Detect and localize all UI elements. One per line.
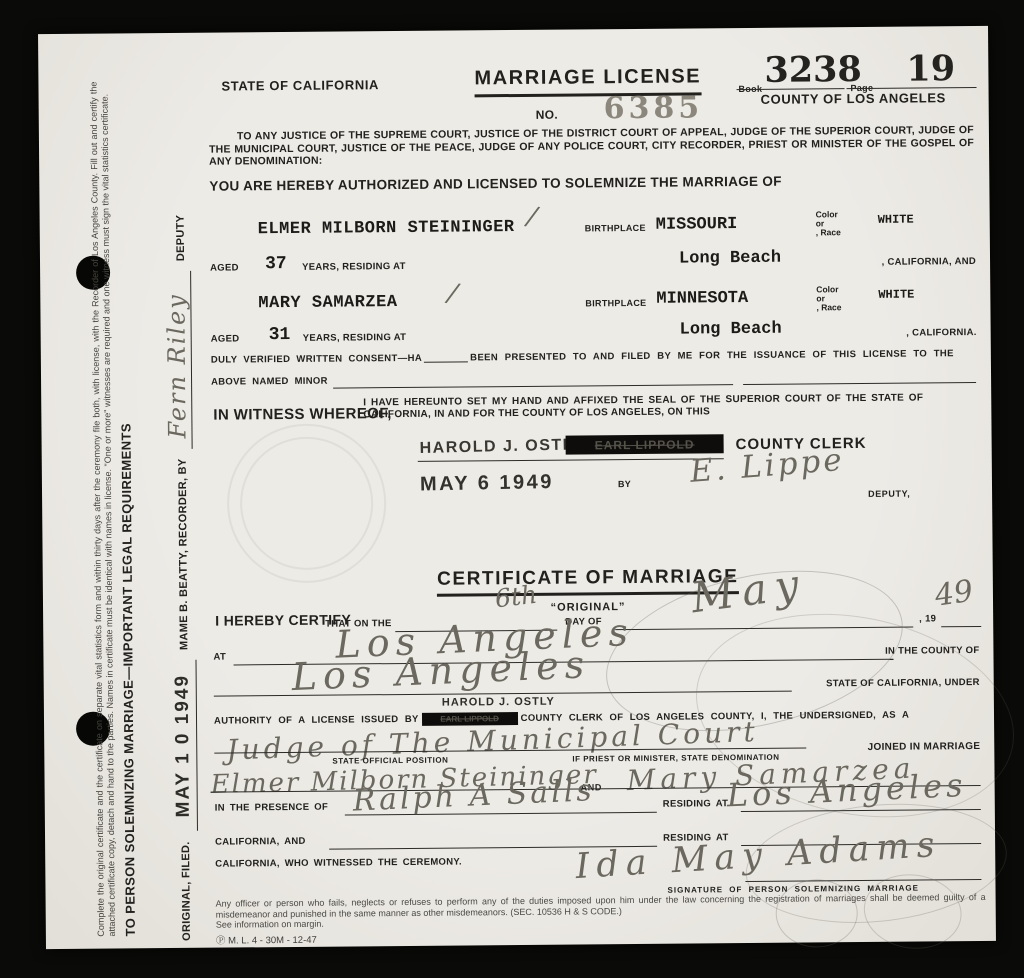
bride-birthplace: MINNESOTA bbox=[656, 289, 748, 309]
minor-blank-1 bbox=[333, 383, 733, 388]
consent-post: BEEN PRESENTED TO AND FILED BY ME FOR TH… bbox=[470, 348, 954, 363]
day-handwritten: 6th bbox=[493, 580, 538, 614]
state-title: STATE OF CALIFORNIA bbox=[221, 77, 379, 93]
groom-aged-label: AGED bbox=[210, 262, 239, 273]
original-filed-label: ORIGINAL, FILED. bbox=[180, 841, 193, 941]
witnessed-ceremony-label: CALIFORNIA, WHO WITNESSED THE CEREMONY. bbox=[215, 856, 462, 869]
groom-name: ELMER MILBORN STEININGER bbox=[258, 218, 515, 239]
by-label: BY bbox=[618, 479, 631, 489]
groom-color-race-label: Color or , Race bbox=[816, 210, 841, 237]
addressees-paragraph: TO ANY JUSTICE OF THE SUPREME COURT, JUS… bbox=[209, 124, 974, 168]
groom-age: 37 bbox=[265, 254, 287, 274]
bride-residence: Long Beach bbox=[680, 320, 782, 340]
year-handwritten: 49 bbox=[933, 574, 976, 614]
page-number: 19 bbox=[906, 48, 955, 89]
left-margin-recorder-block: ORIGINAL, FILED. MAY 1 0 1949 MAME B. BE… bbox=[160, 73, 214, 941]
bride-residing-label: YEARS, RESIDING AT bbox=[303, 332, 407, 344]
bride-name: MARY SAMARZEA bbox=[258, 293, 397, 313]
consent-blank bbox=[424, 360, 468, 362]
year-prefix-label: , 19 bbox=[919, 613, 936, 624]
bride-age: 31 bbox=[269, 325, 291, 345]
at-label: AT bbox=[213, 652, 226, 663]
groom-birthplace-label: BIRTHPLACE bbox=[585, 223, 646, 234]
recorder-deputy-signature: Fern Riley bbox=[162, 293, 191, 439]
clerk-name-underline bbox=[418, 457, 724, 462]
groom-color: WHITE bbox=[878, 213, 914, 227]
consent-line: DULY VERIFIED WRITTEN CONSENT—HA BEEN PR… bbox=[211, 348, 976, 366]
bride-aged-label: AGED bbox=[211, 333, 240, 344]
groom-state-suffix: , CALIFORNIA, AND bbox=[882, 256, 977, 268]
bride-state-suffix: , CALIFORNIA. bbox=[906, 327, 976, 339]
pencil-flourish-footer-1 bbox=[775, 879, 858, 948]
margin-deputy-label: DEPUTY bbox=[175, 215, 187, 262]
margin-heading: TO PERSON SOLEMNIZING MARRIAGE—IMPORTANT… bbox=[115, 81, 137, 936]
california-and-label: CALIFORNIA, AND bbox=[215, 836, 306, 848]
scanned-document: Complete the original certificate and th… bbox=[0, 0, 1024, 978]
margin-instructions-text: Complete the original certificate and th… bbox=[88, 82, 117, 937]
bride-check-mark: / bbox=[446, 278, 460, 309]
bride-color-race-label: Color or , Race bbox=[816, 285, 841, 312]
minor-blank-2 bbox=[743, 381, 976, 385]
redacted-clerk-name: EARL LIPPOLD bbox=[566, 434, 724, 454]
license-date-stamp: MAY 6 1949 bbox=[420, 471, 554, 497]
presence-label: IN THE PRESENCE OF bbox=[215, 802, 328, 814]
left-margin-instructions-block: Complete the original certificate and th… bbox=[88, 81, 153, 936]
filed-date-stamp-underline: MAY 1 0 1949 bbox=[171, 660, 197, 832]
witness-whereof-text: I HAVE HEREUNTO SET MY HAND AND AFFIXED … bbox=[363, 392, 923, 420]
authorization-line: YOU ARE HEREBY AUTHORIZED AND LICENSED T… bbox=[209, 174, 781, 194]
groom-residing-label: YEARS, RESIDING AT bbox=[302, 261, 406, 273]
ostly-overstamp: HAROLD J. OSTLY bbox=[442, 696, 555, 709]
recorder-label: MAME B. BEATTY, RECORDER, BY bbox=[177, 458, 191, 650]
recorder-signature-underline: Fern Riley bbox=[162, 271, 193, 449]
license-no-label: NO. bbox=[536, 108, 558, 122]
groom-check-mark: / bbox=[525, 201, 539, 232]
county-title: COUNTY OF LOS ANGELES bbox=[761, 90, 946, 107]
year-blank bbox=[941, 625, 981, 627]
authority-pre: AUTHORITY OF A LICENSE ISSUED BY bbox=[214, 714, 419, 727]
bride-color: WHITE bbox=[878, 288, 914, 302]
consent-pre: DULY VERIFIED WRITTEN CONSENT—HA bbox=[211, 353, 422, 366]
residing-at-label-1: RESIDING AT bbox=[663, 798, 729, 810]
license-no-stamp: 6385 bbox=[604, 90, 704, 126]
form-number: Ⓟ M. L. 4 - 30M - 12-47 bbox=[216, 932, 317, 947]
groom-birthplace: MISSOURI bbox=[656, 215, 738, 235]
groom-residence: Long Beach bbox=[679, 249, 781, 269]
county-clerk-name-stamp: HAROLD J. OSTLY bbox=[419, 436, 584, 458]
deputy-label: DEPUTY, bbox=[868, 489, 910, 499]
bride-birthplace-label: BIRTHPLACE bbox=[585, 298, 646, 309]
embossed-county-seal-inner bbox=[240, 436, 374, 570]
minor-label: ABOVE NAMED MINOR bbox=[211, 376, 328, 388]
book-number: 3238 bbox=[764, 49, 862, 91]
filed-date-stamp: MAY 1 0 1949 bbox=[172, 674, 194, 818]
marriage-license-page: Complete the original certificate and th… bbox=[38, 26, 996, 949]
